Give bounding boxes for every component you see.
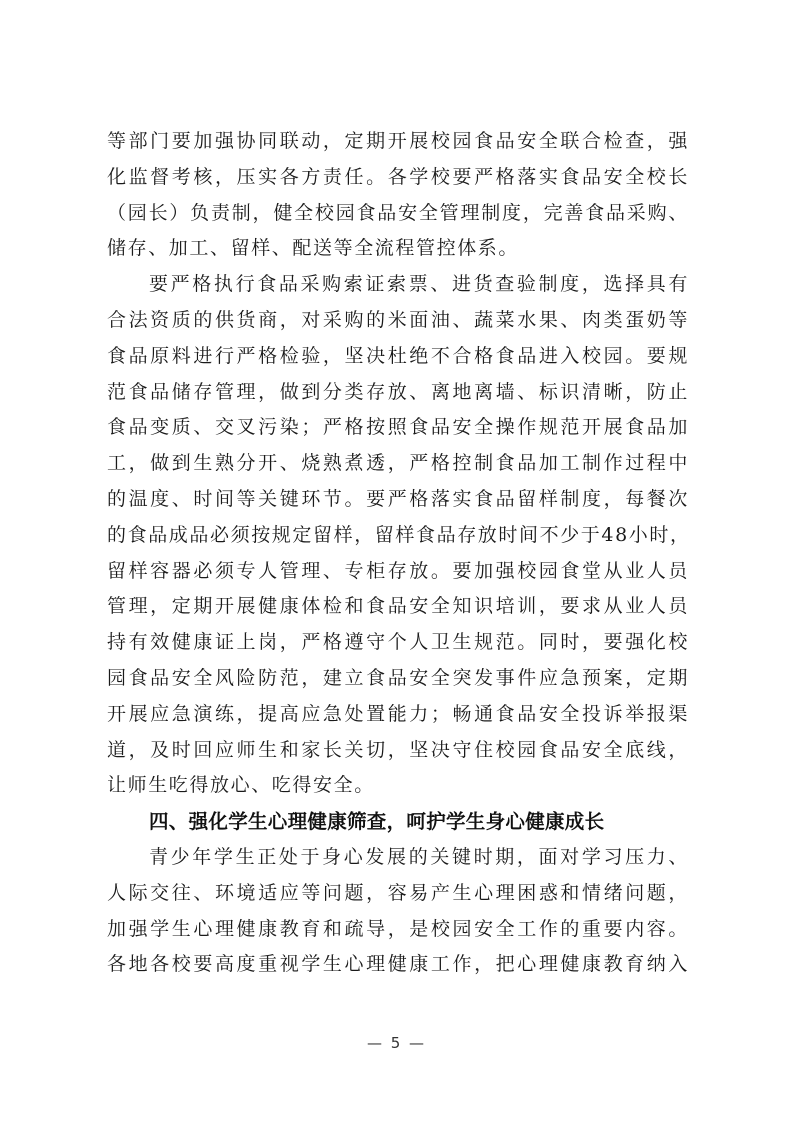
text-line: 储存、加工、留样、配送等全流程管控体系。 <box>107 231 689 267</box>
text-line: 化监督考核，压实各方责任。各学校要严格落实食品安全校长 <box>107 160 689 196</box>
text-line: （园长）负责制，健全校园食品安全管理制度，完善食品采购、 <box>107 196 689 232</box>
text-line: 等部门要加强协同联动，定期开展校园食品安全联合检查，强 <box>107 124 689 160</box>
page-number: — 5 — <box>0 1034 793 1052</box>
text-line: 要严格执行食品采购索证索票、进货查验制度，选择具有 <box>107 267 689 303</box>
section-heading: 四、强化学生心理健康筛查，呵护学生身心健康成长 <box>107 804 689 840</box>
paragraph-3: 青少年学生正处于身心发展的关键时期，面对学习压力、 人际交往、环境适应等问题，容… <box>107 840 689 983</box>
text-line: 食品原料进行严格检验，坚决杜绝不合格食品进入校园。要规 <box>107 339 689 375</box>
paragraph-1: 等部门要加强协同联动，定期开展校园食品安全联合检查，强 化监督考核，压实各方责任… <box>107 124 689 267</box>
text-line: 留样容器必须专人管理、专柜存放。要加强校园食堂从业人员 <box>107 554 689 590</box>
text-line: 人际交往、环境适应等问题，容易产生心理困惑和情绪问题， <box>107 876 689 912</box>
text-line: 的温度、时间等关键环节。要严格落实食品留样制度，每餐次 <box>107 482 689 518</box>
text-line: 园食品安全风险防范，建立食品安全突发事件应急预案，定期 <box>107 661 689 697</box>
text-line: 管理，定期开展健康体检和食品安全知识培训，要求从业人员 <box>107 589 689 625</box>
text-line: 开展应急演练，提高应急处置能力；畅通食品安全投诉举报渠 <box>107 697 689 733</box>
text-line: 合法资质的供货商，对采购的米面油、蔬菜水果、肉类蛋奶等 <box>107 303 689 339</box>
text-line: 青少年学生正处于身心发展的关键时期，面对学习压力、 <box>107 840 689 876</box>
text-line: 的食品成品必须按规定留样，留样食品存放时间不少于48小时， <box>107 518 689 554</box>
text-line: 让师生吃得放心、吃得安全。 <box>107 768 689 804</box>
text-line: 食品变质、交叉污染；严格按照食品安全操作规范开展食品加 <box>107 410 689 446</box>
text-line: 道，及时回应师生和家长关切，坚决守住校园食品安全底线， <box>107 733 689 769</box>
text-line: 各地各校要高度重视学生心理健康工作，把心理健康教育纳入 <box>107 947 689 983</box>
text-line: 加强学生心理健康教育和疏导，是校园安全工作的重要内容。 <box>107 912 689 948</box>
document-body: 等部门要加强协同联动，定期开展校园食品安全联合检查，强 化监督考核，压实各方责任… <box>107 124 689 983</box>
text-line: 范食品储存管理，做到分类存放、离地离墙、标识清晰，防止 <box>107 375 689 411</box>
text-line: 工，做到生熟分开、烧熟煮透，严格控制食品加工制作过程中 <box>107 446 689 482</box>
text-line: 持有效健康证上岗，严格遵守个人卫生规范。同时，要强化校 <box>107 625 689 661</box>
paragraph-2: 要严格执行食品采购索证索票、进货查验制度，选择具有 合法资质的供货商，对采购的米… <box>107 267 689 804</box>
